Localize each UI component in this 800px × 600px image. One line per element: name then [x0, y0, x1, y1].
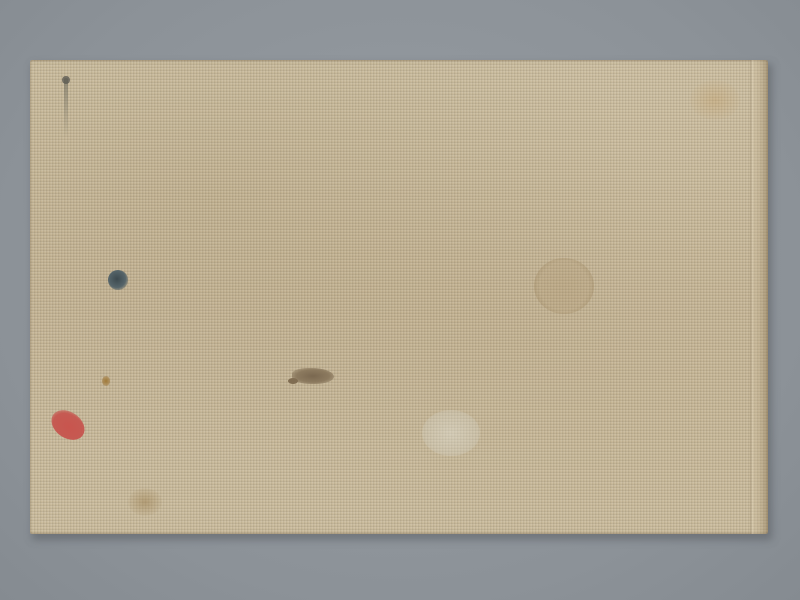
brown-splat-mark [292, 368, 334, 384]
ink-dot-mark [108, 270, 128, 290]
water-ring-stain [534, 258, 594, 314]
faint-smudge-mark [128, 488, 162, 516]
top-right-stain [690, 80, 740, 120]
brown-splat-tail [288, 378, 298, 384]
book-cover [30, 60, 768, 534]
orange-fleck-mark [102, 376, 110, 386]
red-mark [46, 404, 90, 446]
pale-patch-stain [422, 410, 480, 456]
spine-edge [753, 60, 768, 534]
top-streak-mark [64, 78, 68, 138]
